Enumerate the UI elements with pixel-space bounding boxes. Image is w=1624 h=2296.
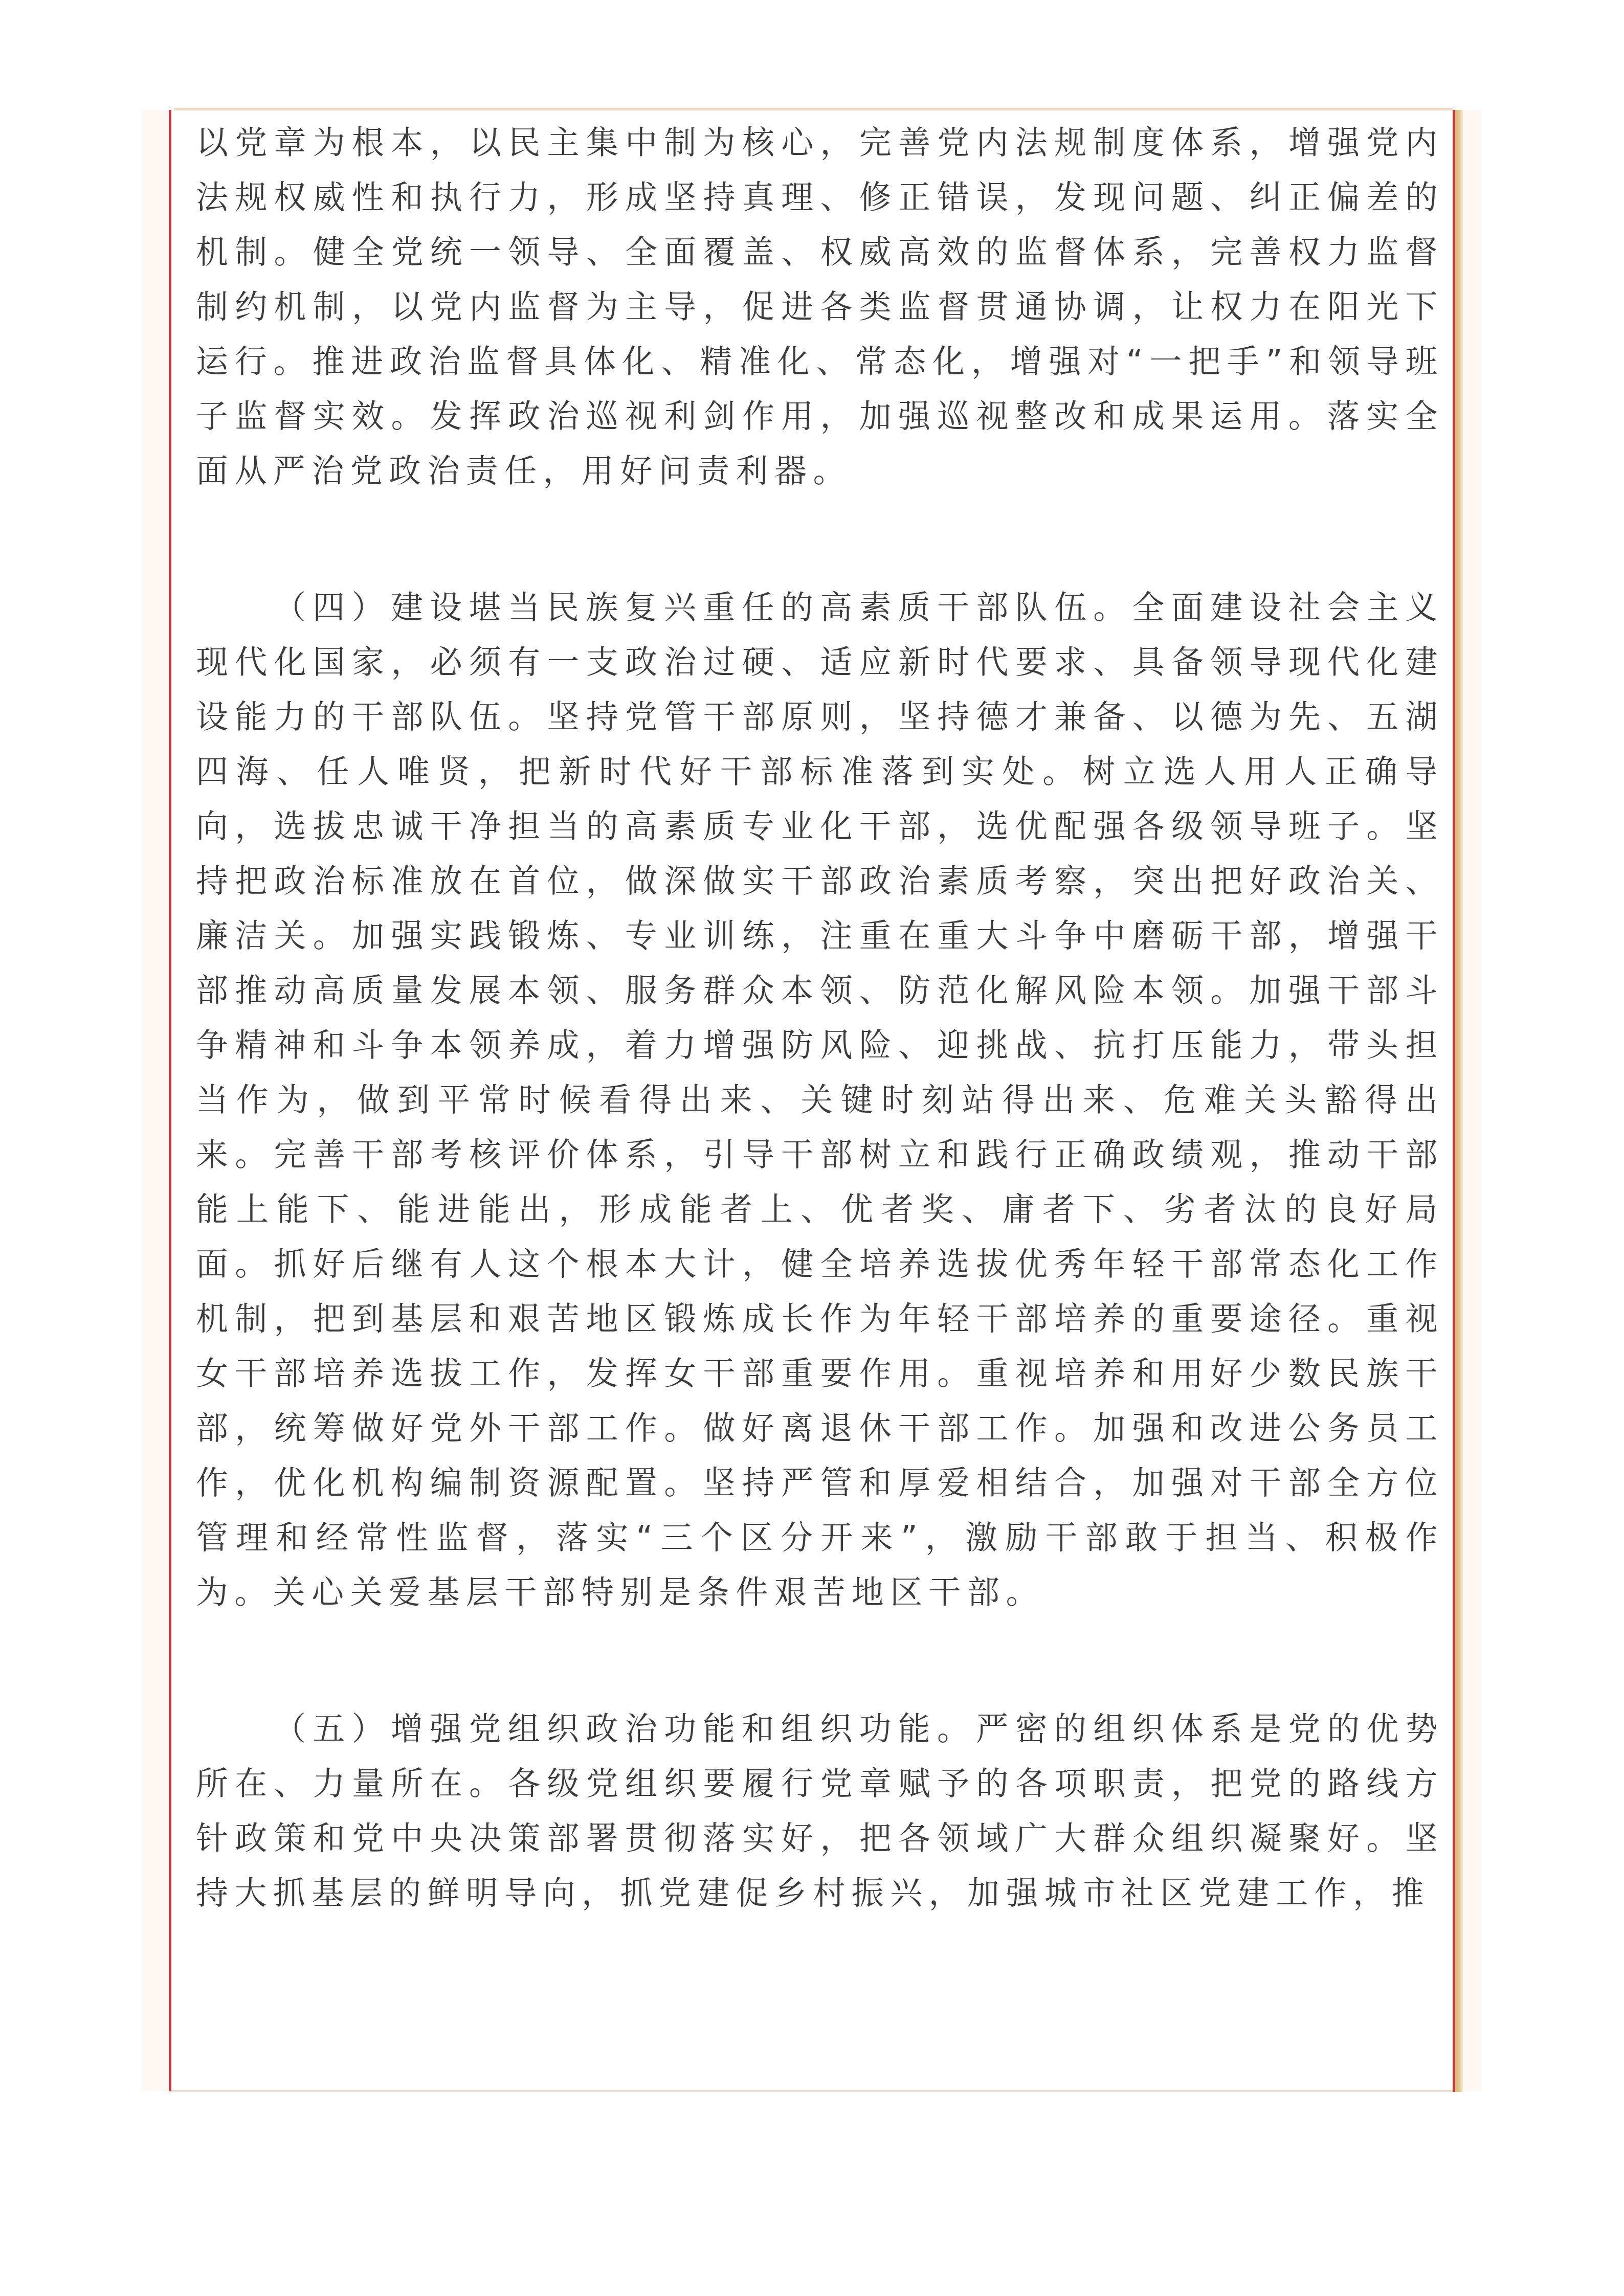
- paragraph-intra-party-regulations: 以党章为根本，以民主集中制为核心，完善党内法规制度体系，增强党内法规权威性和执行…: [196, 115, 1444, 498]
- document-body: 以党章为根本，以民主集中制为核心，完善党内法规制度体系，增强党内法规权威性和执行…: [196, 115, 1444, 2002]
- right-gold-border: [1455, 110, 1463, 2092]
- paragraph-section-four-cadres: （四）建设堪当民族复兴重任的高素质干部队伍。全面建设社会主义现代化国家，必须有一…: [196, 580, 1444, 1619]
- top-decorative-rule: [174, 108, 1453, 110]
- paragraph-section-five-organization: （五）增强党组织政治功能和组织功能。严密的组织体系是党的优势所在、力量所在。各级…: [196, 1701, 1444, 1920]
